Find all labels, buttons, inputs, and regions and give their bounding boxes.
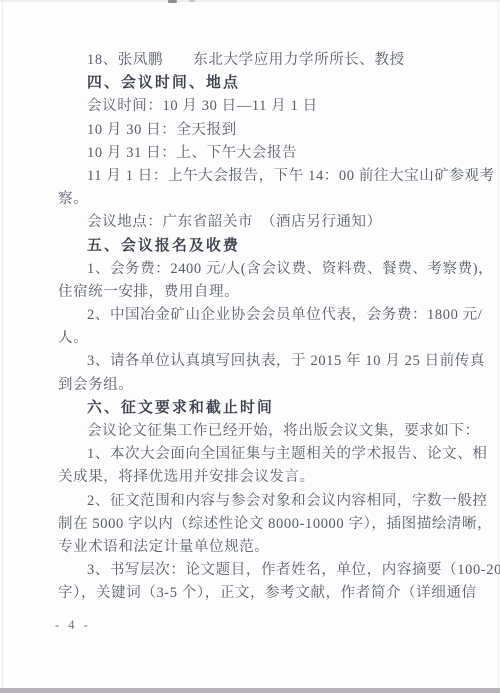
- scan-edge-left: [2, 0, 3, 693]
- section-heading-6: 六、征文要求和截止时间: [58, 397, 450, 420]
- section-heading-4: 四、会议时间、地点: [58, 72, 450, 95]
- scan-edge-top: [0, 0, 500, 2]
- text-line-wrap: 制在 5000 字以内（综述性论文 8000-10000 字），插图描绘清晰，: [58, 513, 450, 536]
- scan-edge-bottom: [0, 688, 500, 693]
- text-line-nov1: 11 月 1 日：上午大会报告，下午 14：00 前往大宝山矿参观考: [58, 165, 450, 188]
- text-line-wrap: 关成果，将择优选用并安排会议发言。: [58, 466, 450, 489]
- text-line-attendee: 18、张凤鹏 东北大学应用力学所所长、教授: [58, 49, 450, 72]
- text-line-cfp-2: 2、征文范围和内容与参会对象和会议内容相同，字数一般控: [58, 490, 450, 513]
- text-line-wrap: 察。: [58, 188, 450, 211]
- text-line-oct31: 10 月 31 日：上、下午大会报告: [58, 142, 450, 165]
- section-heading-5: 五、会议报名及收费: [58, 235, 450, 258]
- text-line-meeting-dates: 会议时间：10 月 30 日—11 月 1 日: [58, 95, 450, 118]
- text-line-cfp-3: 3、书写层次：论文题目，作者姓名，单位，内容摘要（100-200: [58, 559, 450, 582]
- scanned-document-page: 18、张凤鹏 东北大学应用力学所所长、教授 四、会议时间、地点 会议时间：10 …: [0, 0, 500, 693]
- text-line-wrap: 到会务组。: [58, 374, 450, 397]
- text-line-fee-1: 1、会务费：2400 元/人(含会议费、资料费、餐费、考察费)，: [58, 258, 450, 281]
- text-line-cfp-1: 1、本次大会面向全国征集与主题相关的学术报告、论文、相: [58, 443, 450, 466]
- text-line-wrap: 住宿统一安排，费用自理。: [58, 281, 450, 304]
- page-number: - 4 -: [55, 618, 91, 633]
- text-line-wrap: 字），关键词（3-5 个），正文，参考文献，作者简介（详细通信: [58, 582, 450, 605]
- scan-edge-right: [498, 0, 499, 693]
- text-line-venue: 会议地点：广东省韶关市 （酒店另行通知）: [58, 211, 450, 234]
- text-line-wrap: 人。: [58, 327, 450, 350]
- text-line-cfp-intro: 会议论文征集工作已经开始，将出版会议文集，要求如下：: [58, 420, 450, 443]
- scan-artifact: [189, 0, 195, 2]
- text-line-reply-form: 3、请各单位认真填写回执表，于 2015 年 10 月 25 日前传真: [58, 350, 450, 373]
- text-line-wrap: 专业术语和法定计量单位规范。: [58, 536, 450, 559]
- scan-artifact: [168, 0, 177, 3]
- text-line-fee-2: 2、中国冶金矿山企业协会会员单位代表，会务费：1800 元/: [58, 304, 450, 327]
- text-line-oct30: 10 月 30 日：全天报到: [58, 119, 450, 142]
- document-body: 18、张凤鹏 东北大学应用力学所所长、教授 四、会议时间、地点 会议时间：10 …: [58, 49, 450, 606]
